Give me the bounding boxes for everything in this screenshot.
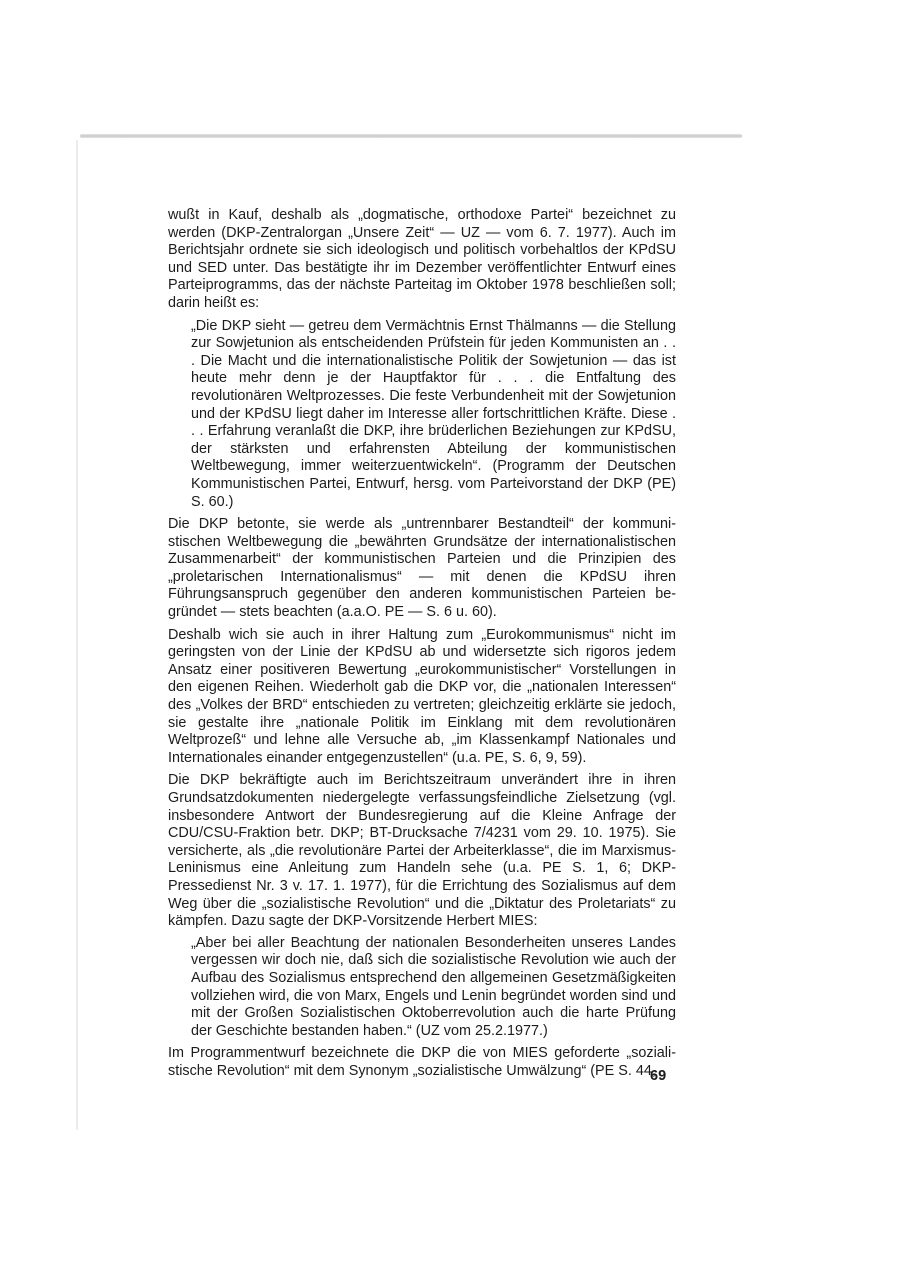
paragraph-body-3: Deshalb wich sie auch in ihrer Haltung z… [168, 627, 676, 768]
scan-edge-left [76, 140, 78, 1130]
scan-edge-top [80, 134, 742, 138]
page-number: 69 [650, 1068, 666, 1084]
paragraph-body-2: Die DKP betonte, sie werde als „untrennb… [168, 516, 676, 622]
blockquote-program-draft: „Die DKP sieht — getreu dem Vermächtnis … [191, 318, 676, 512]
paragraph-body-5: Im Programmentwurf bezeichnete die DKP d… [168, 1045, 676, 1080]
paragraph-body-1: wußt in Kauf, deshalb als „dogmatische, … [168, 207, 676, 313]
paragraph-body-4: Die DKP bekräftigte auch im Berichtszeit… [168, 772, 676, 930]
blockquote-mies: „Aber bei aller Beachtung der nationalen… [191, 935, 676, 1041]
document-page: wußt in Kauf, deshalb als „dogmatische, … [168, 207, 676, 1086]
